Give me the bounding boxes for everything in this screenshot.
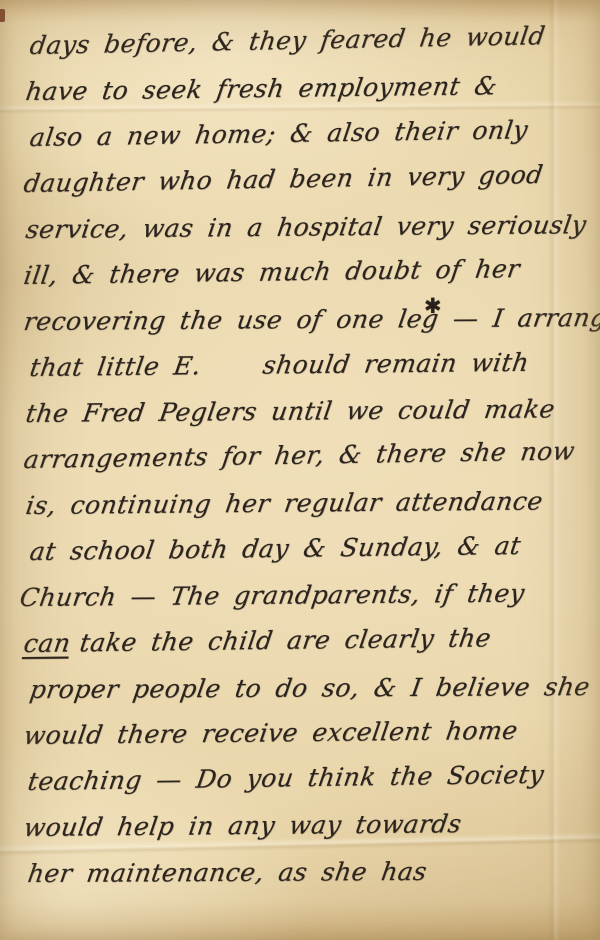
letter-line: ill, & there was much doubt of her — [24, 244, 589, 298]
letter-line: would help in any way towards — [24, 799, 588, 850]
line-text: recovering the use of one leg — I arrang… — [22, 302, 600, 335]
line-text: Church — The grandparents, if they — [18, 578, 527, 611]
letter-line: teaching — Do you think the Society — [28, 750, 589, 804]
line-text: proper people to do so, & I believe she — [28, 672, 592, 704]
asterisk-ink-blot: ✱ — [424, 294, 442, 318]
letter-line: her maintenance, as she has — [28, 847, 588, 896]
line-text: would there receive excellent home — [22, 715, 520, 749]
paper-sheet: days before, & they feared he would have… — [0, 0, 600, 940]
line-text: that little E. — [28, 351, 203, 382]
line-text: daughter who had been in very good — [22, 159, 545, 197]
line-text: teaching — Do you think the Society — [26, 759, 546, 795]
line-text: have to seek fresh employment & — [24, 71, 500, 106]
letter-body: days before, & they feared he would have… — [30, 22, 588, 896]
letter-line: days before, & they feared he would — [30, 11, 589, 68]
letter-line: arrangements for her, & there she now — [24, 427, 589, 482]
line-text: arrangements for her, & there she now — [22, 436, 577, 474]
line-text: would help in any way towards — [22, 809, 464, 842]
line-text: the Fred Peglers until we could make — [24, 394, 557, 428]
letter-line: Church — The grandparents, if they — [20, 569, 588, 620]
line-text: her maintenance, as she has — [26, 856, 429, 887]
letter-line-with-gap: that little E. should remain with — [30, 338, 588, 390]
line-text: is, continuing her regular attendance — [24, 486, 545, 520]
line-text: take the child are clearly the — [77, 623, 492, 657]
edge-ink-mark — [0, 9, 5, 22]
letter-line: recovering the use of one leg — I arrang… — [24, 294, 588, 344]
line-text-after-gap: should remain with — [261, 347, 531, 379]
letter-line: is, continuing her regular attendance — [26, 477, 588, 528]
line-text: ill, & there was much doubt of her — [22, 254, 522, 290]
letter-line-underlined: can take the child are clearly the — [24, 613, 589, 666]
line-text: days before, & they feared he would — [28, 21, 547, 60]
letter-line: proper people to do so, & I believe she — [30, 663, 588, 712]
line-text: service, was in a hospital very seriousl… — [24, 210, 589, 244]
letter-line: would there receive excellent home — [24, 706, 588, 758]
letter-line: at school both day & Sunday, & at — [30, 521, 589, 574]
underlined-word: can — [22, 628, 73, 658]
line-text: at school both day & Sunday, & at — [28, 530, 523, 565]
letter-line: daughter who had been in very good — [24, 150, 589, 206]
line-text: also a new home; & also their only — [28, 115, 530, 152]
